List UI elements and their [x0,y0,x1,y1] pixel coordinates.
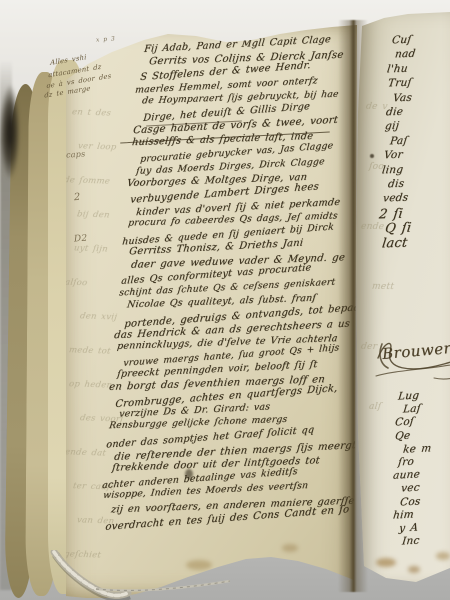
manuscript-line: Coſ [394,416,414,429]
manuscript-line: Vas [392,91,413,104]
margin-mark: D2 [74,234,88,245]
manuscript-line: Cuſ [391,34,412,47]
right-manuscript-page: de vſooendemettderalſ Cuſnadl'huTruſVasd… [356,12,450,592]
manuscript-line: lact [381,235,408,251]
manuscript-line: y A [398,521,418,534]
manuscript-line: Inc [402,535,421,548]
manuscript-line: dis [387,178,405,191]
foxing-spot [408,566,420,573]
manuscript-line: ſro [397,456,414,469]
margin-mark: caps [66,149,86,159]
manuscript-line: Paſ [390,134,409,147]
margin-mark: x p 3 [96,35,116,43]
manuscript-line: Q ſi [384,221,412,237]
signature-block: Brouwer [374,324,450,394]
foxing-spot [282,544,298,552]
manuscript-line: gij [384,120,400,133]
foxing-spot [436,552,450,560]
manuscript-line: aune [393,468,421,481]
manuscript-line: Qe [395,429,412,442]
margin-mark: 2 [74,192,81,203]
right-page-text-fragments: Cuſnadl'huTruſVasdiegijPaſVorlingdisveds… [356,12,450,592]
ink-speck [370,154,374,158]
manuscript-line: Vor [384,149,404,162]
manuscript-line: vec [401,482,421,495]
foxing-spot [376,558,396,567]
manuscript-line: Cos [400,495,422,508]
manuscript-line: ling [381,163,404,176]
manuscript-line: nad [394,48,416,61]
manuscript-line: him [392,508,414,521]
manuscript-line: 2 ſi [378,206,404,222]
manuscript-line: Truſ [388,77,413,90]
manuscript-line: veds [382,192,409,205]
photo-of-open-manuscript: en t desver loopde ſommebij denuyt ſijna… [0,0,450,600]
binding-cord [22,550,247,600]
manuscript-line: die [385,106,404,119]
manuscript-line: Laſ [402,403,421,416]
manuscript-line: ke m [402,442,432,456]
marginalia-layer: Alles vshiattacament dzoe à vs door desd… [0,0,200,600]
manuscript-line: l'hu [387,62,409,75]
